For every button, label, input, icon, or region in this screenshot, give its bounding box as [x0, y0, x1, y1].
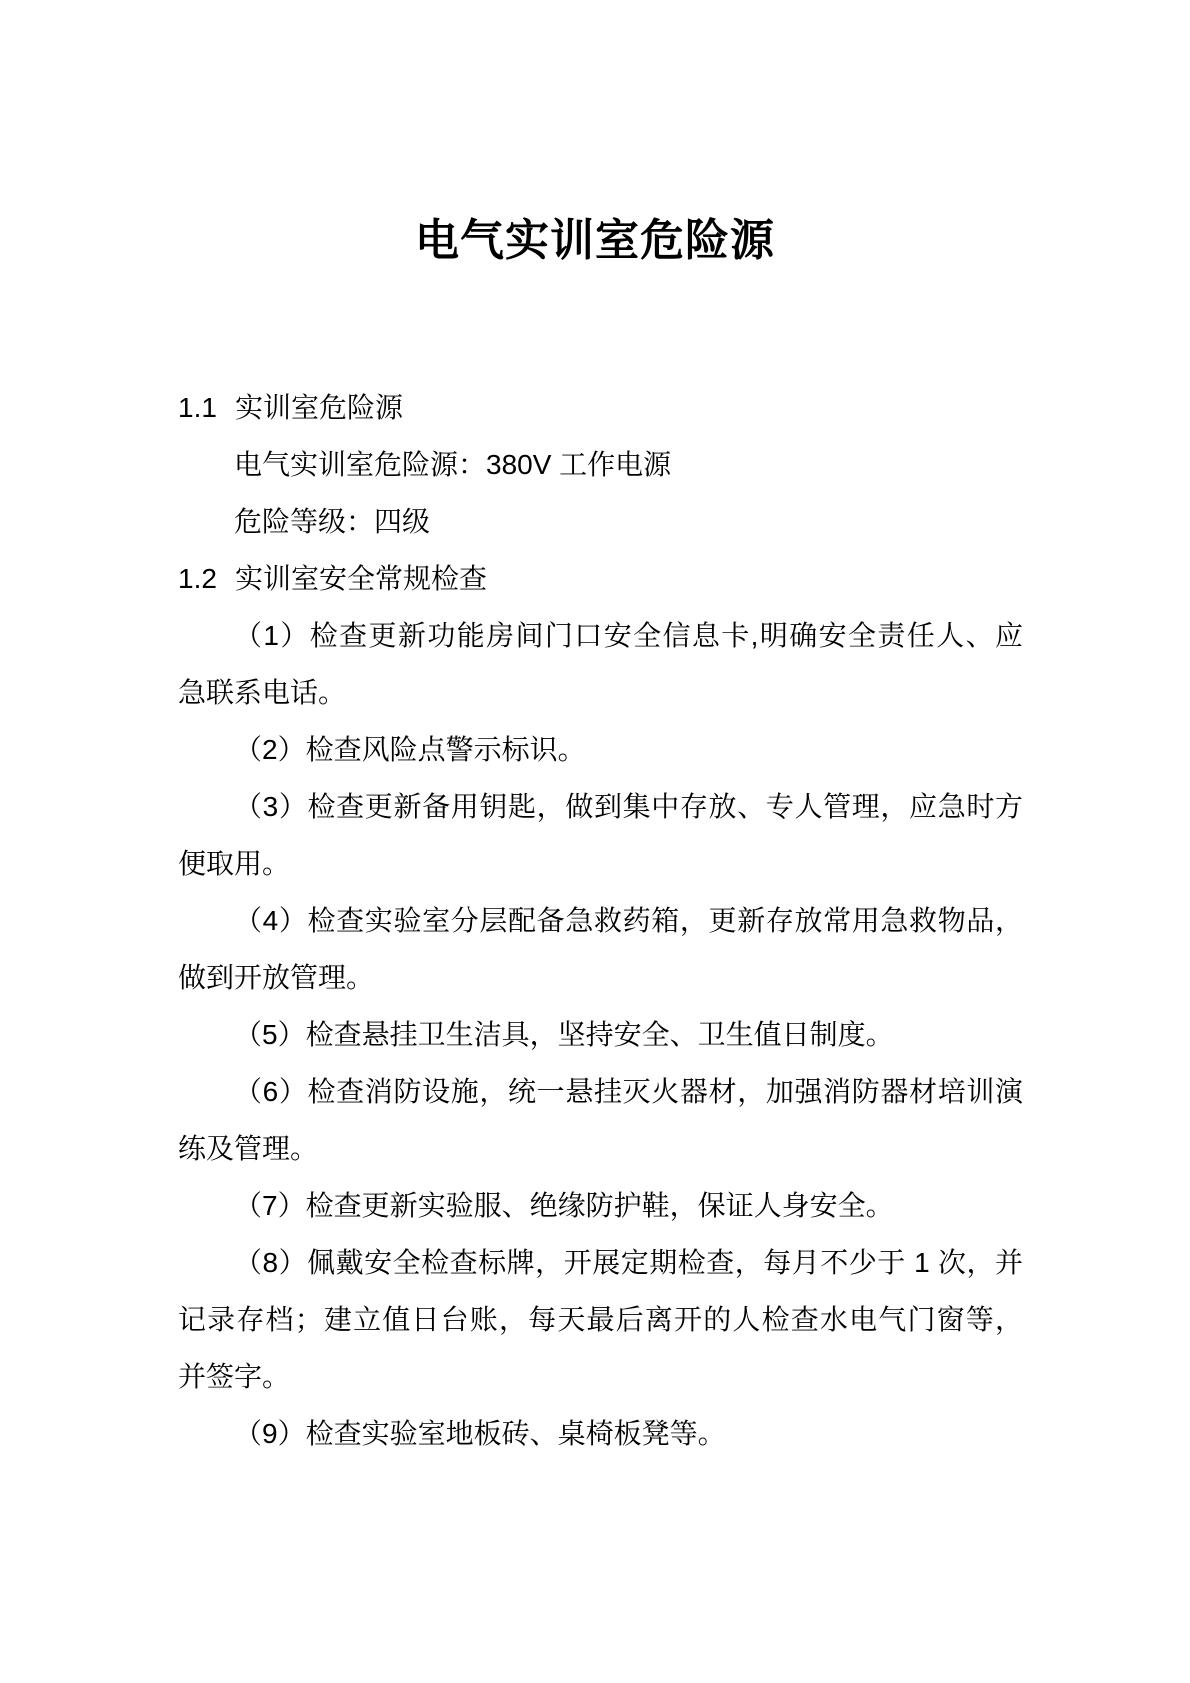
paragraph-line: （6）检查消防设施，统一悬挂灭火器材，加强消防器材培训演	[178, 1063, 1023, 1120]
paragraph-line: 练及管理。	[178, 1120, 1023, 1177]
paragraph-line: 记录存档；建立值日台账，每天最后离开的人检查水电气门窗等，	[178, 1291, 1023, 1348]
paragraph-line: 便取用。	[178, 835, 1023, 892]
heading-number: 1.1	[178, 379, 217, 436]
paragraph-line: （5）检查悬挂卫生洁具，坚持安全、卫生值日制度。	[178, 1006, 1023, 1063]
section-heading-1-1: 1.1实训室危险源	[178, 379, 1023, 436]
paragraph-line: 做到开放管理。	[178, 949, 1023, 1006]
document-page: 电气实训室危险源 1.1实训室危险源 电气实训室危险源：380V 工作电源 危险…	[0, 0, 1190, 1683]
paragraph-line: （3）检查更新备用钥匙，做到集中存放、专人管理，应急时方	[178, 778, 1023, 835]
paragraph-line: 并签字。	[178, 1348, 1023, 1405]
document-body: 1.1实训室危险源 电气实训室危险源：380V 工作电源 危险等级：四级 1.2…	[178, 379, 1023, 1462]
paragraph-line: （8）佩戴安全检查标牌，开展定期检查，每月不少于 1 次，并	[178, 1234, 1023, 1291]
section-heading-1-2: 1.2实训室安全常规检查	[178, 550, 1023, 607]
paragraph-line: （2）检查风险点警示标识。	[178, 721, 1023, 778]
paragraph-line: （4）检查实验室分层配备急救药箱，更新存放常用急救物品，	[178, 892, 1023, 949]
paragraph-line: 急联系电话。	[178, 664, 1023, 721]
paragraph-line: （7）检查更新实验服、绝缘防护鞋，保证人身安全。	[178, 1177, 1023, 1234]
heading-number: 1.2	[178, 550, 217, 607]
document-title: 电气实训室危险源	[0, 0, 1190, 275]
paragraph-line: 电气实训室危险源：380V 工作电源	[178, 436, 1023, 493]
heading-text: 实训室危险源	[235, 392, 403, 423]
paragraph-line: （9）检查实验室地板砖、桌椅板凳等。	[178, 1405, 1023, 1462]
heading-text: 实训室安全常规检查	[235, 563, 487, 594]
paragraph-line: （1）检查更新功能房间门口安全信息卡,明确安全责任人、应	[178, 607, 1023, 664]
paragraph-line: 危险等级：四级	[178, 493, 1023, 550]
